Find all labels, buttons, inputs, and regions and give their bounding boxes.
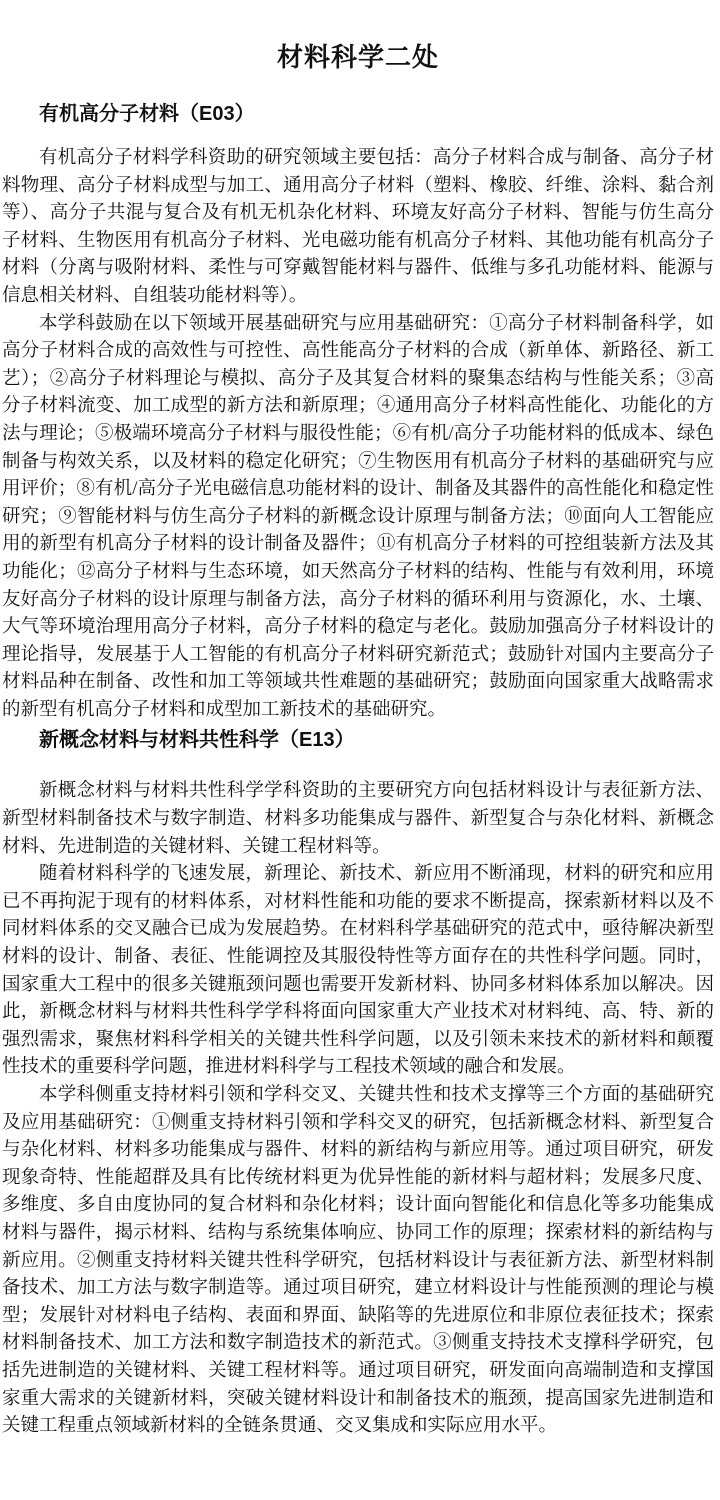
- section-e13-body: 新概念材料与材料共性科学学科资助的主要研究方向包括材料设计与表征新方法、新型材料…: [2, 778, 714, 1440]
- paragraph: 本学科侧重支持材料引领和学科交叉、关键共性和技术支撑等三个方面的基础研究及应用基…: [2, 1082, 714, 1441]
- paragraph: 新概念材料与材料共性科学学科资助的主要研究方向包括材料设计与表征新方法、新型材料…: [2, 778, 714, 861]
- section-heading-e03: 有机高分子材料（E03）: [39, 102, 714, 126]
- section-e03: 有机高分子材料（E03） 有机高分子材料学科资助的研究领域主要包括：高分子材料合…: [2, 102, 714, 724]
- paragraph: 有机高分子材料学科资助的研究领域主要包括：高分子材料合成与制备、高分子材料物理、…: [2, 145, 714, 311]
- section-e03-body: 有机高分子材料学科资助的研究领域主要包括：高分子材料合成与制备、高分子材料物理、…: [2, 145, 714, 724]
- paragraph: 随着材料科学的飞速发展，新理论、新技术、新应用不断涌现，材料的研究和应用已不再拘…: [2, 861, 714, 1082]
- section-heading-e13: 新概念材料与材料共性科学（E13）: [39, 728, 714, 752]
- section-e13: 新概念材料与材料共性科学（E13） 新概念材料与材料共性科学学科资助的主要研究方…: [2, 728, 714, 1440]
- page-title: 材料科学二处: [2, 42, 714, 72]
- paragraph: 本学科鼓励在以下领域开展基础研究与应用基础研究：①高分子材料制备科学，如高分子材…: [2, 311, 714, 725]
- document-page: 材料科学二处 有机高分子材料（E03） 有机高分子材料学科资助的研究领域主要包括…: [0, 0, 720, 1500]
